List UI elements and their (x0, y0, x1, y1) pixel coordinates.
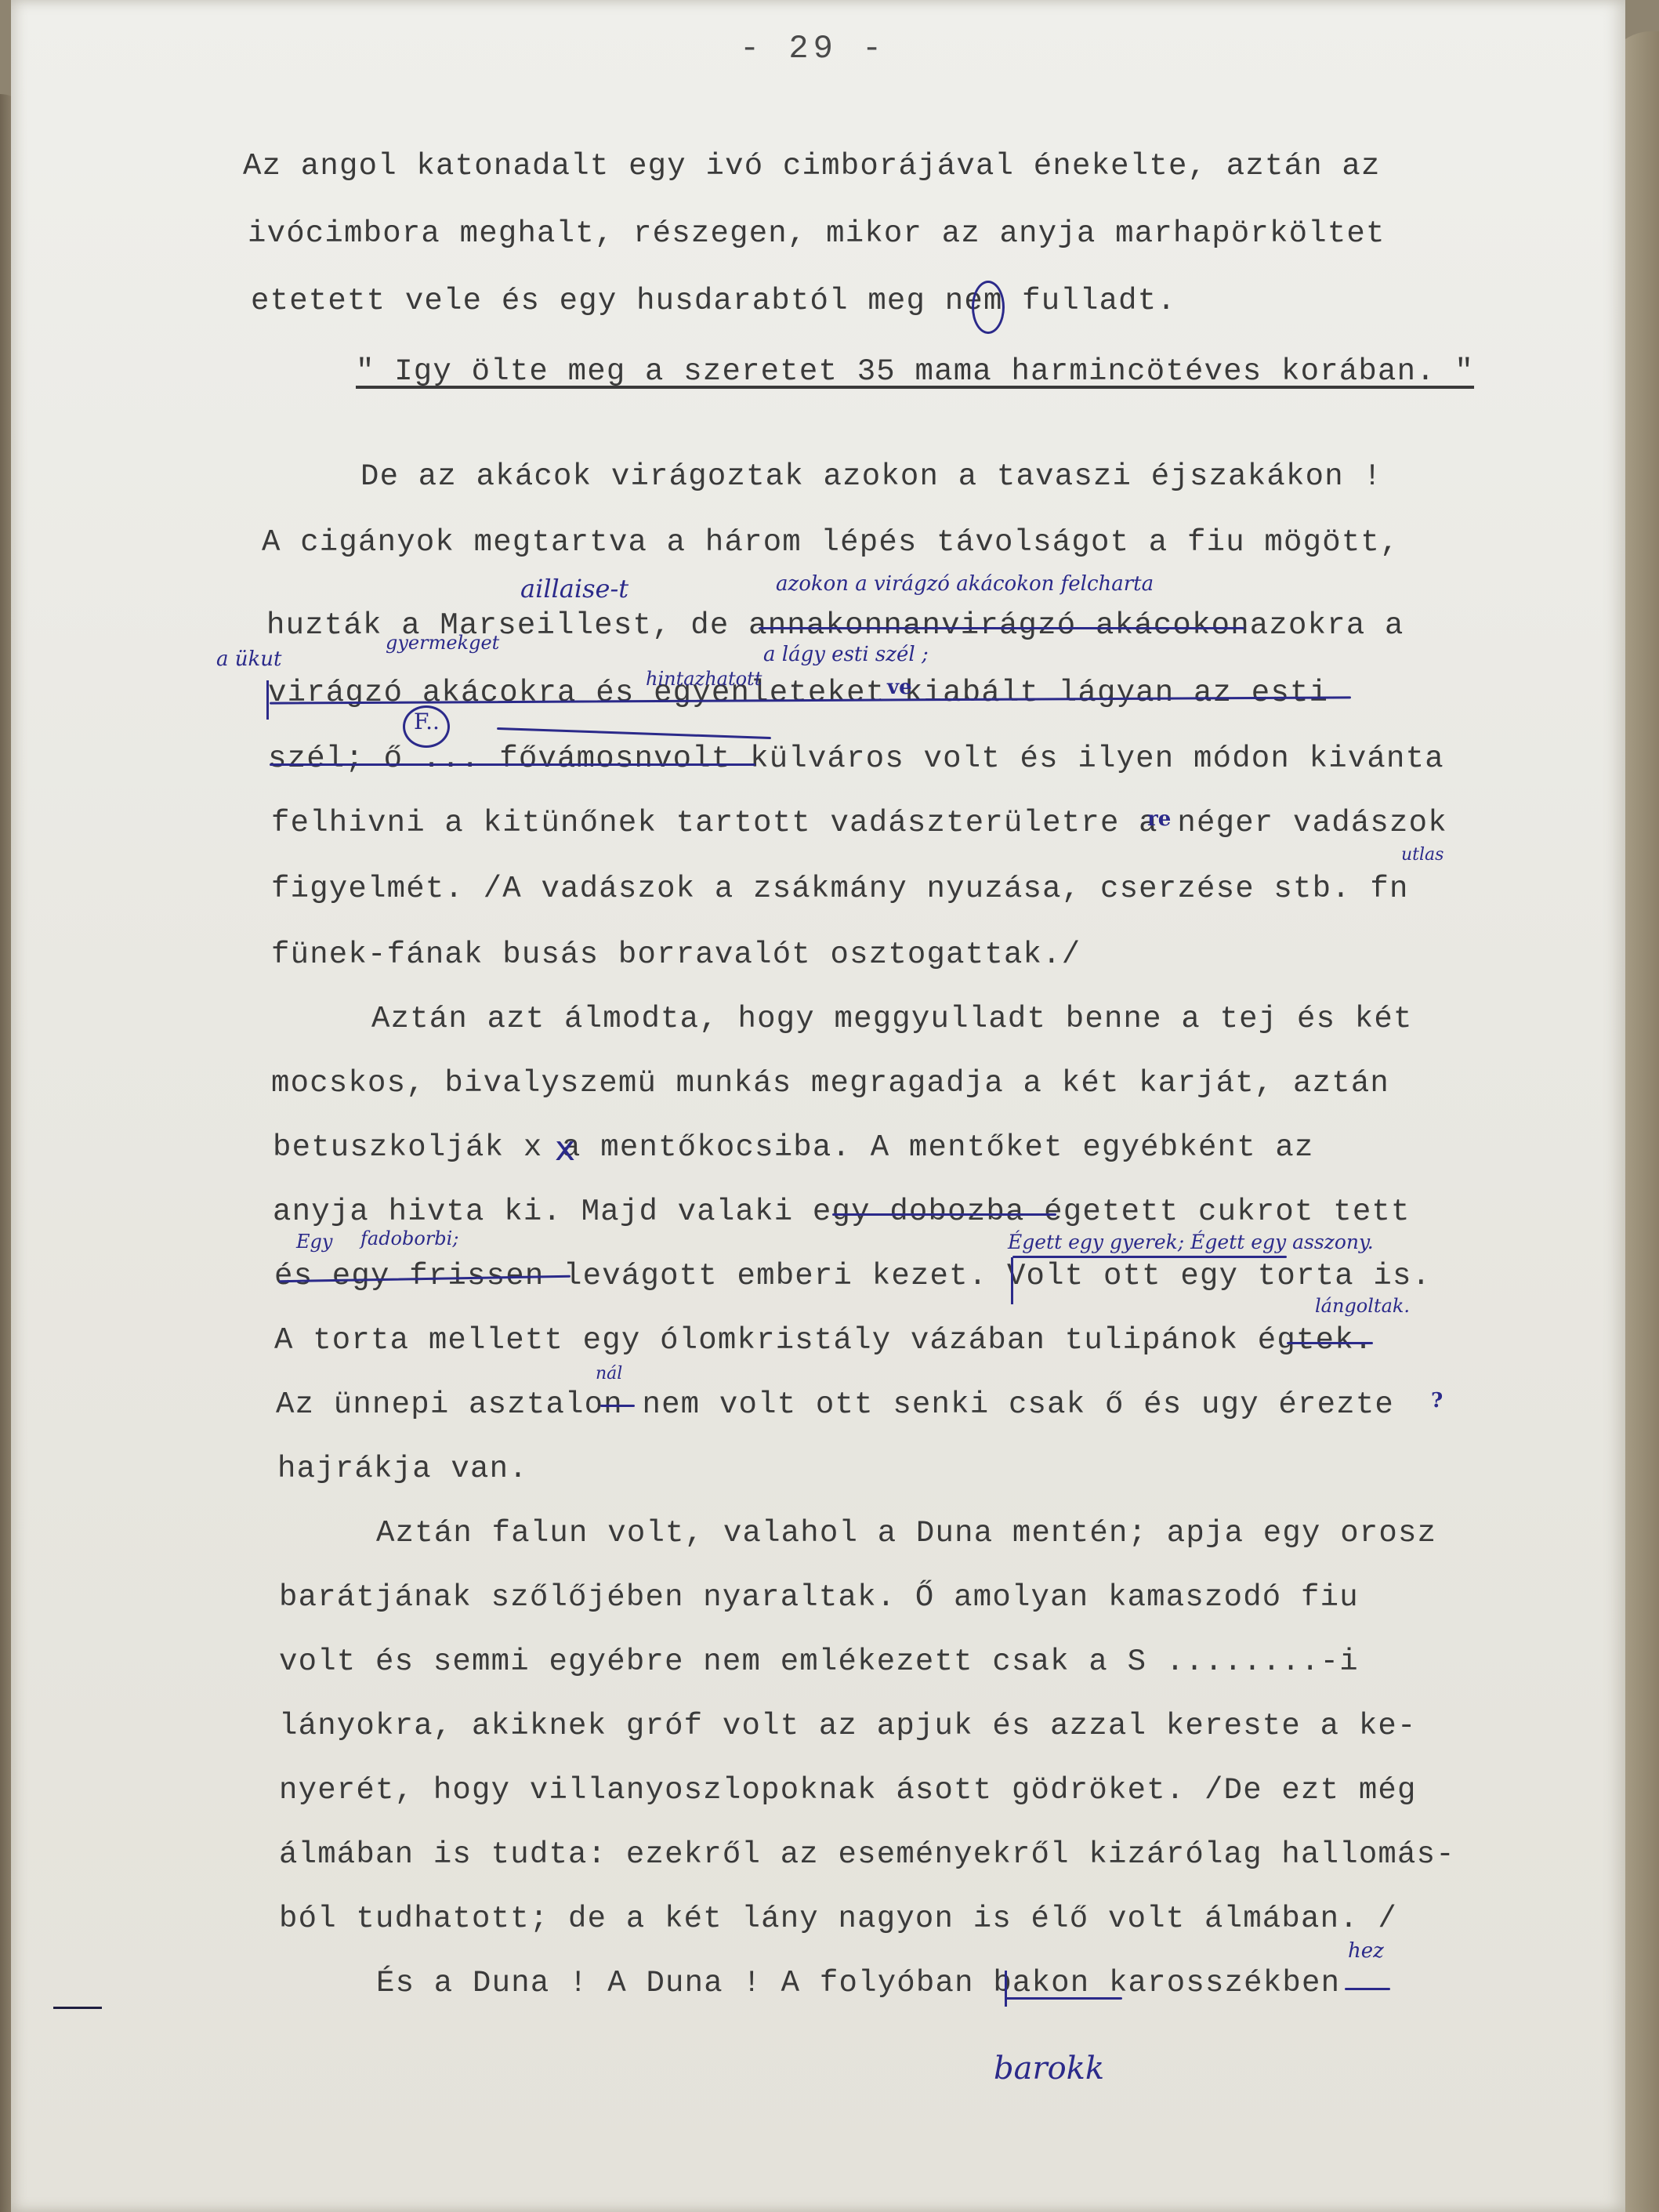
ink-annotation: gyermekget (386, 632, 499, 654)
ink-strikethrough (1345, 1988, 1390, 1990)
ink-annotation: Égett egy gyerek; Égett egy asszony. (1008, 1231, 1374, 1253)
ink-strikethrough (832, 1213, 1056, 1216)
typed-line: lányokra, akiknek gróf volt az apjuk és … (279, 1709, 1417, 1743)
ink-bracket (266, 680, 269, 720)
ink-annotation: azokon a virágzó akácokon felcharta (776, 572, 1154, 596)
ink-bracket (1005, 1971, 1007, 2007)
ink-strikethrough (600, 1405, 635, 1407)
typed-line: és egy frissen levágott emberi kezet. Vo… (274, 1259, 1431, 1293)
typed-line: Aztán falun volt, valahol a Duna mentén;… (376, 1516, 1436, 1550)
typed-line: A torta mellett egy ólomkristály vázában… (274, 1323, 1373, 1358)
page-number: - 29 - (740, 30, 886, 67)
ink-underline (1012, 1256, 1287, 1258)
typed-line: ivócimbora meghalt, részegen, mikor az a… (248, 216, 1386, 251)
typed-line: figyelmét. /A vadászok a zsákmány nyuzás… (271, 872, 1409, 906)
typed-line: Az angol katonadalt egy ivó cimborájával… (243, 149, 1381, 183)
typed-line: fünek-fának busás borravalót osztogattak… (271, 937, 1081, 972)
typed-line: nyerét, hogy villanyoszlopoknak ásott gö… (279, 1773, 1417, 1808)
ink-annotation: a lágy esti szél ; (763, 643, 929, 666)
typed-line: És a Duna ! A Duna ! A folyóban bakon ka… (376, 1966, 1340, 2000)
ink-annotation: hez (1348, 1939, 1384, 1963)
typed-line: De az akácok virágoztak azokon a tavaszi… (360, 459, 1382, 494)
ink-strikethrough (759, 627, 1244, 629)
ink-annotation: hintazhatott (646, 668, 762, 690)
ink-annotation: fadoborbi; (360, 1227, 458, 1249)
ink-annotation: ? (1431, 1389, 1443, 1412)
ink-annotation: F.. (414, 709, 440, 734)
typed-line: Aztán azt álmodta, hogy meggyulladt benn… (371, 1002, 1413, 1036)
ink-strikethrough (1287, 1342, 1373, 1344)
margin-mark (53, 2007, 102, 2009)
ink-annotation: ve (887, 676, 912, 699)
ink-annotation: utlas (1401, 845, 1443, 865)
typed-line: volt és semmi egyébre nem emlékezett csa… (279, 1644, 1359, 1679)
ink-bracket (1011, 1257, 1013, 1304)
typed-line: barátjának szőlőjében nyaraltak. Ő amoly… (279, 1580, 1359, 1615)
typed-line: etetett vele és egy husdarabtól meg nem … (251, 284, 1176, 318)
typed-line: szél; ő ... fővámosnvolt külváros volt é… (268, 742, 1444, 776)
typed-line: ból tudhatott; de a két lány nagyon is é… (279, 1902, 1397, 1936)
typed-line: anyja hivta ki. Majd valaki egy dobozba … (273, 1195, 1411, 1229)
typed-line: hajrákja van. (277, 1452, 528, 1486)
ink-x-mark: x (555, 1129, 575, 1169)
typed-line: álmában is tudta: ezekről az eseményekrő… (279, 1837, 1455, 1872)
typed-line: felhivni a kitünőnek tartott vadászterül… (271, 806, 1447, 840)
ink-strikethrough (270, 763, 755, 766)
typed-line: A cigányok megtartva a három lépés távol… (262, 525, 1400, 560)
ink-annotation: nál (596, 1364, 622, 1383)
ink-annotation: re (1147, 807, 1171, 831)
ink-annotation: barokk (994, 2051, 1104, 2087)
ink-annotation: aillaise-t (520, 574, 628, 604)
ink-annotation: Egy (296, 1231, 332, 1253)
ink-circle-nem (972, 281, 1005, 334)
ink-arrow-line (497, 727, 771, 739)
typed-line: betuszkolják x a mentőkocsiba. A mentőke… (273, 1130, 1314, 1165)
ink-annotation: a ükut (216, 647, 281, 671)
ink-annotation: lángoltak. (1315, 1295, 1410, 1317)
typewritten-page: - 29 - Az angol katonadalt egy ivó cimbo… (11, 0, 1625, 2212)
typed-line: Az ünnepi asztalon nem volt ott senki cs… (276, 1387, 1394, 1422)
ink-underline (1005, 1997, 1122, 2000)
typed-line: mocskos, bivalyszemü munkás megragadja a… (271, 1066, 1389, 1101)
typed-quote-line: " Igy ölte meg a szeretet 35 mama harmin… (356, 354, 1474, 389)
